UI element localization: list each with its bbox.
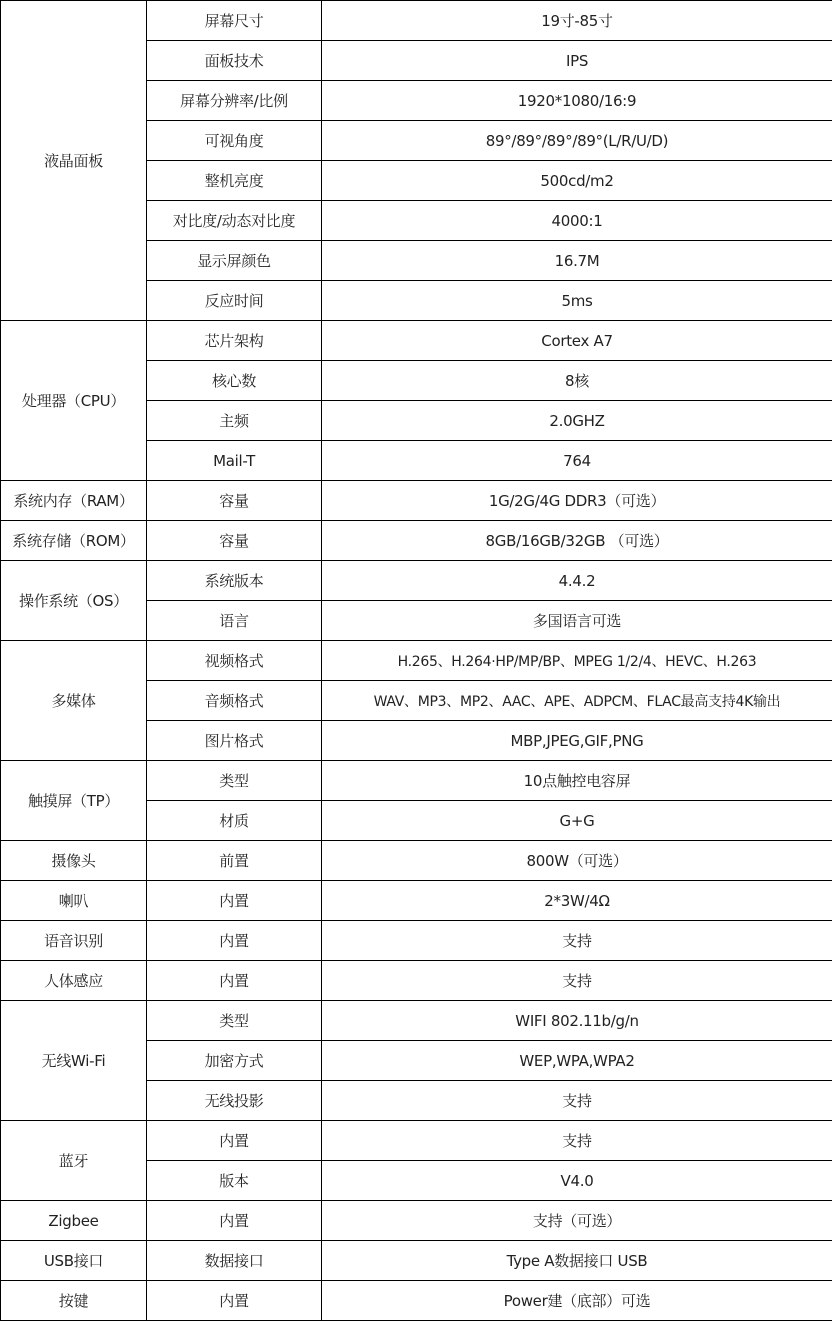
- table-row: 系统存储（ROM） 容量 8GB/16GB/32GB （可选）: [1, 521, 832, 561]
- item-cell: 整机亮度: [147, 161, 322, 201]
- item-cell: 无线投影: [147, 1081, 322, 1121]
- item-cell: 显示屏颜色: [147, 241, 322, 281]
- item-cell: 对比度/动态对比度: [147, 201, 322, 241]
- item-cell: 语言: [147, 601, 322, 641]
- table-row: USB接口 数据接口 Type A数据接口 USB: [1, 1241, 832, 1281]
- value-cell: WIFI 802.11b/g/n: [322, 1001, 832, 1041]
- table-row: 操作系统（OS） 系统版本 4.4.2: [1, 561, 832, 601]
- value-cell: V4.0: [322, 1161, 832, 1201]
- item-cell: 内置: [147, 881, 322, 921]
- value-cell: 4000:1: [322, 201, 832, 241]
- value-cell: 1920*1080/16:9: [322, 81, 832, 121]
- item-cell: 类型: [147, 761, 322, 801]
- spec-table: 液晶面板 屏幕尺寸 19寸-85寸 面板技术 IPS 屏幕分辨率/比例 1920…: [0, 0, 832, 1321]
- item-cell: 数据接口: [147, 1241, 322, 1281]
- category-cell: 无线Wi-Fi: [1, 1001, 147, 1121]
- category-cell: 处理器（CPU）: [1, 321, 147, 481]
- value-cell: 支持: [322, 921, 832, 961]
- item-cell: 容量: [147, 481, 322, 521]
- value-cell: G+G: [322, 801, 832, 841]
- value-cell: 1G/2G/4G DDR3（可选）: [322, 481, 832, 521]
- item-cell: 材质: [147, 801, 322, 841]
- category-cell: 系统存储（ROM）: [1, 521, 147, 561]
- value-cell: 支持（可选）: [322, 1201, 832, 1241]
- item-cell: 芯片架构: [147, 321, 322, 361]
- item-cell: 内置: [147, 1121, 322, 1161]
- table-row: 液晶面板 屏幕尺寸 19寸-85寸: [1, 1, 832, 41]
- item-cell: 类型: [147, 1001, 322, 1041]
- value-cell: H.265、H.264·HP/MP/BP、MPEG 1/2/4、HEVC、H.2…: [322, 641, 832, 681]
- item-cell: 面板技术: [147, 41, 322, 81]
- item-cell: 内置: [147, 961, 322, 1001]
- item-cell: 内置: [147, 1201, 322, 1241]
- category-cell: 按键: [1, 1281, 147, 1321]
- value-cell: 89°/89°/89°/89°(L/R/U/D): [322, 121, 832, 161]
- table-row: 蓝牙 内置 支持: [1, 1121, 832, 1161]
- value-cell: WAV、MP3、MP2、AAC、APE、ADPCM、FLAC最高支持4K输出: [322, 681, 832, 721]
- value-cell: 8GB/16GB/32GB （可选）: [322, 521, 832, 561]
- value-cell: 500cd/m2: [322, 161, 832, 201]
- category-cell: 多媒体: [1, 641, 147, 761]
- item-cell: 图片格式: [147, 721, 322, 761]
- value-cell: 5ms: [322, 281, 832, 321]
- item-cell: 前置: [147, 841, 322, 881]
- item-cell: 核心数: [147, 361, 322, 401]
- item-cell: 内置: [147, 1281, 322, 1321]
- item-cell: 系统版本: [147, 561, 322, 601]
- category-cell: USB接口: [1, 1241, 147, 1281]
- value-cell: Power建（底部）可选: [322, 1281, 832, 1321]
- value-cell: 19寸-85寸: [322, 1, 832, 41]
- category-cell: 系统内存（RAM）: [1, 481, 147, 521]
- category-cell: 喇叭: [1, 881, 147, 921]
- table-row: 人体感应 内置 支持: [1, 961, 832, 1001]
- value-cell: 2*3W/4Ω: [322, 881, 832, 921]
- table-row: 语音识别 内置 支持: [1, 921, 832, 961]
- category-cell: 液晶面板: [1, 1, 147, 321]
- category-cell: 摄像头: [1, 841, 147, 881]
- item-cell: 内置: [147, 921, 322, 961]
- item-cell: 加密方式: [147, 1041, 322, 1081]
- table-row: 多媒体 视频格式 H.265、H.264·HP/MP/BP、MPEG 1/2/4…: [1, 641, 832, 681]
- table-row: 处理器（CPU） 芯片架构 Cortex A7: [1, 321, 832, 361]
- item-cell: 版本: [147, 1161, 322, 1201]
- value-cell: 2.0GHZ: [322, 401, 832, 441]
- value-cell: 8核: [322, 361, 832, 401]
- value-cell: 16.7M: [322, 241, 832, 281]
- value-cell: MBP,JPEG,GIF,PNG: [322, 721, 832, 761]
- item-cell: 屏幕分辨率/比例: [147, 81, 322, 121]
- value-cell: 4.4.2: [322, 561, 832, 601]
- value-cell: 764: [322, 441, 832, 481]
- item-cell: 屏幕尺寸: [147, 1, 322, 41]
- value-cell: 支持: [322, 1081, 832, 1121]
- table-row: 摄像头 前置 800W（可选）: [1, 841, 832, 881]
- category-cell: 操作系统（OS）: [1, 561, 147, 641]
- item-cell: 容量: [147, 521, 322, 561]
- item-cell: 可视角度: [147, 121, 322, 161]
- item-cell: Mail-T: [147, 441, 322, 481]
- table-row: Zigbee 内置 支持（可选）: [1, 1201, 832, 1241]
- table-row: 触摸屏（TP） 类型 10点触控电容屏: [1, 761, 832, 801]
- item-cell: 主频: [147, 401, 322, 441]
- table-row: 无线Wi-Fi 类型 WIFI 802.11b/g/n: [1, 1001, 832, 1041]
- value-cell: WEP,WPA,WPA2: [322, 1041, 832, 1081]
- table-row: 喇叭 内置 2*3W/4Ω: [1, 881, 832, 921]
- table-row: 按键 内置 Power建（底部）可选: [1, 1281, 832, 1321]
- value-cell: 支持: [322, 961, 832, 1001]
- value-cell: Cortex A7: [322, 321, 832, 361]
- item-cell: 反应时间: [147, 281, 322, 321]
- value-cell: 支持: [322, 1121, 832, 1161]
- category-cell: Zigbee: [1, 1201, 147, 1241]
- category-cell: 蓝牙: [1, 1121, 147, 1201]
- value-cell: 多国语言可选: [322, 601, 832, 641]
- value-cell: IPS: [322, 41, 832, 81]
- category-cell: 人体感应: [1, 961, 147, 1001]
- category-cell: 语音识别: [1, 921, 147, 961]
- value-cell: 800W（可选）: [322, 841, 832, 881]
- item-cell: 视频格式: [147, 641, 322, 681]
- value-cell: 10点触控电容屏: [322, 761, 832, 801]
- category-cell: 触摸屏（TP）: [1, 761, 147, 841]
- item-cell: 音频格式: [147, 681, 322, 721]
- value-cell: Type A数据接口 USB: [322, 1241, 832, 1281]
- table-row: 系统内存（RAM） 容量 1G/2G/4G DDR3（可选）: [1, 481, 832, 521]
